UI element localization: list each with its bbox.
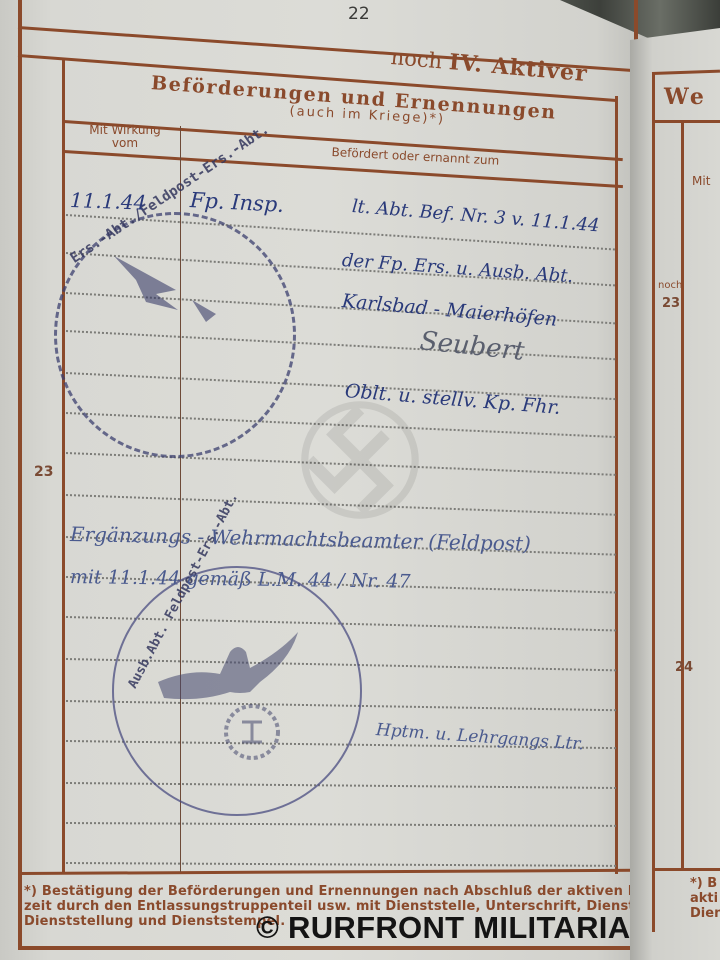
- eagle-emblem-icon: [106, 250, 226, 350]
- copyright-watermark: © RURFRONT MILITARIA: [256, 910, 630, 946]
- footnote-line: *) Bestätigung der Beförderungen und Ern…: [24, 884, 636, 899]
- entry-date: 11.1.44: [70, 188, 147, 215]
- right-row-column-line: [681, 120, 684, 870]
- right-row-number: 23: [662, 296, 680, 311]
- page-number: 22: [348, 4, 370, 24]
- column-header-line-2: vom: [70, 137, 180, 150]
- entry-rank: Fp. Insp.: [189, 188, 284, 217]
- row-number: 23: [34, 464, 53, 480]
- right-column-header: Mit: [692, 174, 710, 188]
- right-table-line: [615, 96, 618, 874]
- right-row-number: 24: [675, 660, 693, 675]
- paper-watermark-icon: [300, 400, 420, 520]
- right-page: [630, 0, 720, 960]
- right-footnote: *) B akti Dien: [690, 876, 720, 921]
- row-number-column-line: [62, 58, 65, 874]
- eagle-emblem-icon: [150, 612, 310, 772]
- right-noch-label: noch: [658, 280, 682, 291]
- right-border-line: [652, 72, 655, 932]
- footnote-line: *) B: [690, 876, 720, 891]
- column-header-effective-from: Mit Wirkung vom: [70, 124, 180, 150]
- footnote-line: Dien: [690, 906, 720, 921]
- right-page-title: We: [664, 84, 707, 110]
- right-footnote-rule: [652, 868, 720, 871]
- section-prefix: noch: [390, 45, 443, 73]
- footnote-line: akti: [690, 891, 720, 906]
- right-heading-rule: [652, 120, 720, 123]
